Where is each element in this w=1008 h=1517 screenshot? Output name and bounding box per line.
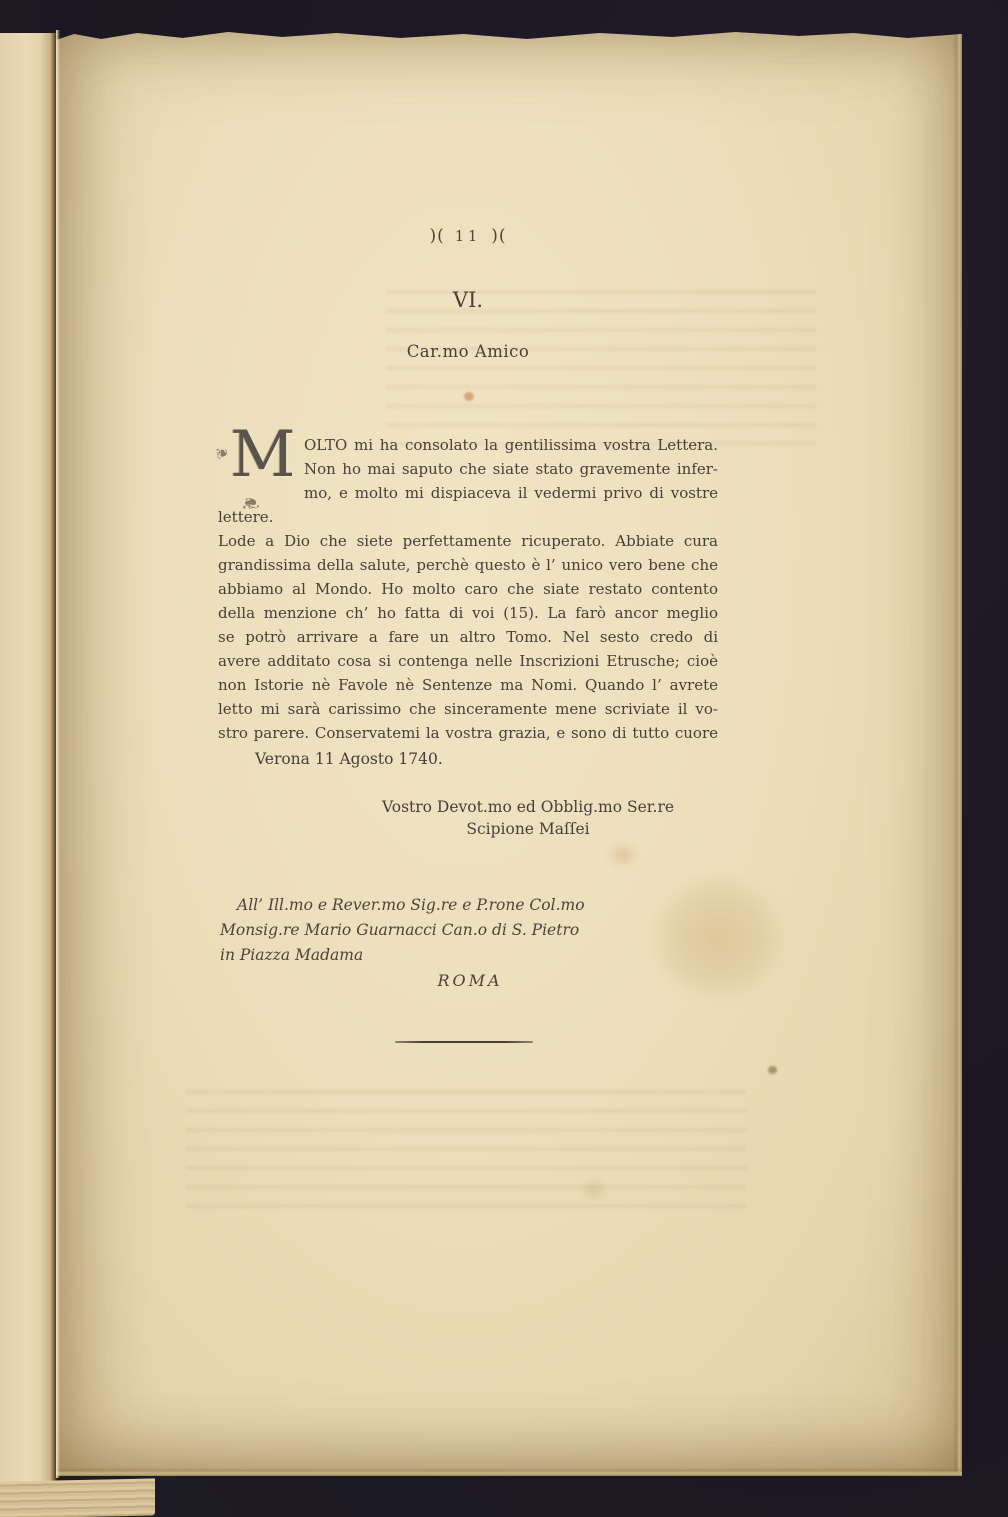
body-line: della menzione ch’ ho fatta di voi (15).… [218, 601, 718, 625]
address-line: in Piazza Madama [220, 943, 720, 968]
salutation: Car.mo Amico [218, 342, 718, 361]
closing-block: Vostro Devot.mo ed Obblig.mo Ser.re Scip… [278, 796, 778, 840]
stain [464, 392, 474, 401]
page-number: 11 [445, 229, 491, 245]
stain [768, 1066, 777, 1074]
page-edge-right [953, 30, 962, 1476]
address-line: Monsig.re Mario Guarnacci Can.o di S. Pi… [220, 918, 720, 943]
stain [606, 842, 640, 868]
body-line: stro parere. Conservatemi la vostra graz… [218, 721, 718, 745]
body-line: abbiamo al Mondo. Ho molto caro che siat… [218, 577, 718, 601]
body-line: letto mi sarà carissimo che sinceramente… [218, 697, 718, 721]
gutter-highlight [56, 30, 60, 1478]
page-stack-edges [0, 1478, 155, 1517]
body-line: avere additato cosa si contenga nelle In… [218, 649, 718, 673]
floral-flourish-icon: ❦ [240, 491, 260, 515]
letter-body: ❦ ❦ M OLTO mi ha consolato la gentilissi… [218, 433, 718, 745]
body-line: grandissima della salute, perchè questo … [218, 553, 718, 577]
section-number: VI. [218, 288, 718, 312]
book-scan: )(11)( VI. Car.mo Amico ❦ ❦ M OLTO mi ha… [0, 0, 1008, 1517]
page-number-right-mark: )( [491, 226, 506, 246]
page-number-left-mark: )( [430, 226, 445, 246]
facing-page-edge [0, 33, 57, 1485]
drop-cap: ❦ ❦ M [218, 433, 304, 482]
body-line: se potrò arrivare a fare un altro Tomo. … [218, 625, 718, 649]
stain [579, 1178, 609, 1202]
end-rule [395, 1041, 533, 1043]
body-line: non Istorie nè Favole nè Sentenze ma Nom… [218, 673, 718, 697]
address-city: ROMA [220, 968, 720, 993]
drop-cap-letter: M [230, 423, 296, 487]
book-page: )(11)( VI. Car.mo Amico ❦ ❦ M OLTO mi ha… [56, 30, 962, 1476]
valediction: Vostro Devot.mo ed Obblig.mo Ser.re [278, 796, 778, 818]
dateline: Verona 11 Agosto 1740. [218, 747, 718, 771]
address-block: All’ Ill.mo e Rever.mo Sig.re e P.rone C… [220, 893, 720, 993]
address-line: All’ Ill.mo e Rever.mo Sig.re e P.rone C… [220, 893, 720, 918]
signature: Scipione Maſſei [278, 818, 778, 840]
body-line: Lode a Dio che siete perfettamente ricup… [218, 529, 718, 553]
show-through-text [186, 1075, 746, 1210]
page-number-line: )(11)( [218, 226, 718, 246]
page-edge-bottom [56, 1467, 962, 1476]
